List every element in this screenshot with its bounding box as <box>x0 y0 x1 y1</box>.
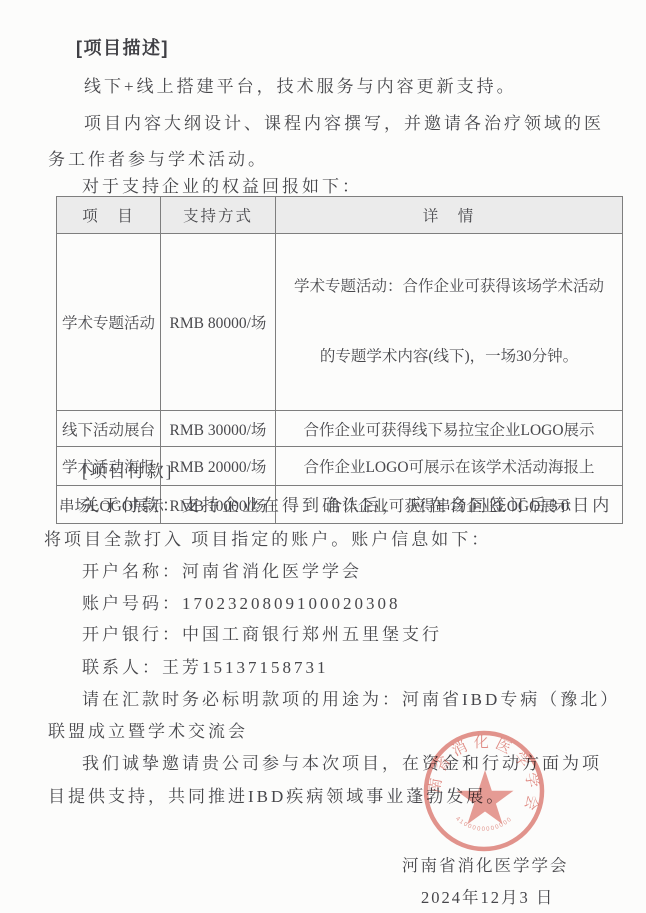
cell-detail: 合作企业LOGO可展示在该学术活动海报上 <box>276 447 623 486</box>
paragraph-line: 项目内容大纲设计、课程内容撰写，并邀请各治疗领域的医 <box>84 114 604 133</box>
account-name-line: 开户名称：河南省消化医学学会 <box>82 562 362 581</box>
cell-detail: 合作企业可获得线下易拉宝企业LOGO展示 <box>276 411 623 447</box>
signature-date: 2024年12月3 日 <box>421 884 554 908</box>
paragraph-line: 对于支持企业的权益回报如下： <box>82 177 362 196</box>
paragraph-line: 关于付款：支持企业在得到确认后， 应在合同签订后30日内 <box>82 496 612 515</box>
seal-code: 4100000000000 <box>454 816 514 833</box>
seal-star-icon <box>457 770 514 824</box>
paragraph-line: 务工作者参与学术活动。 <box>48 150 268 169</box>
paragraph-line: 线下+线上搭建平台，技术服务与内容更新支持。 <box>84 77 517 96</box>
cell-support: RMB 20000/场 <box>161 447 276 486</box>
section-heading-description: [项目描述] <box>76 39 169 58</box>
document-page: [项目描述] 线下+线上搭建平台，技术服务与内容更新支持。 项目内容大纲设计、课… <box>0 0 646 913</box>
detail-line: 的专题学术内容(线下)，一场30分钟。 <box>278 340 620 374</box>
cell-item: 学术专题活动 <box>57 234 161 411</box>
cell-detail: 学术专题活动：合作企业可获得该场学术活动 的专题学术内容(线下)，一场30分钟。 <box>276 234 623 411</box>
account-number-line: 账户号码：1702320809100020308 <box>82 594 401 613</box>
column-header-support: 支持方式 <box>161 197 276 234</box>
section-heading-payment: [项目付款] <box>82 462 173 481</box>
contact-line: 联系人：王芳15137158731 <box>82 658 329 677</box>
column-header-detail: 详 情 <box>276 197 623 234</box>
table-row: 学术专题活动 RMB 80000/场 学术专题活动：合作企业可获得该场学术活动 … <box>57 234 623 411</box>
column-header-item: 项 目 <box>57 197 161 234</box>
table-header-row: 项 目 支持方式 详 情 <box>57 197 623 234</box>
official-seal-stamp: 河南省消化医学学会 4100000000000 <box>414 721 554 861</box>
bank-line: 开户银行：中国工商银行郑州五里堡支行 <box>82 625 442 644</box>
cell-support: RMB 30000/场 <box>161 411 276 447</box>
paragraph-line: 联盟成立暨学术交流会 <box>48 722 248 741</box>
cell-item: 线下活动展台 <box>57 411 161 447</box>
paragraph-line: 将项目全款打入 项目指定的账户。账户信息如下： <box>44 530 491 549</box>
table-row: 线下活动展台 RMB 30000/场 合作企业可获得线下易拉宝企业LOGO展示 <box>57 411 623 447</box>
detail-line: 学术专题活动：合作企业可获得该场学术活动 <box>278 270 620 304</box>
cell-support: RMB 80000/场 <box>161 234 276 411</box>
paragraph-line: 请在汇款时务必标明款项的用途为：河南省IBD专病（豫北） <box>82 690 620 709</box>
